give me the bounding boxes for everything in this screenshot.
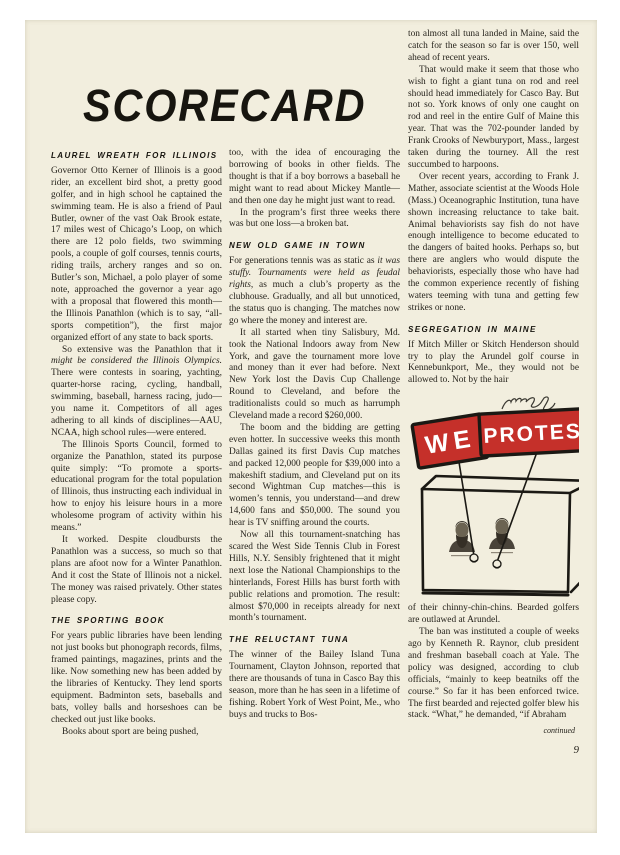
paragraph: That would make it seem that those who w…	[408, 65, 579, 172]
section-heading: THE RELUCTANT TUNA	[229, 634, 400, 646]
text-segment: If Mitch Miller or Skitch Henderson shou…	[408, 340, 579, 386]
page-number: 9	[408, 745, 579, 757]
hand-right-icon	[493, 560, 501, 568]
paragraph: The ban was instituted a couple of weeks…	[408, 627, 579, 722]
page-title: SCORECARD	[83, 80, 366, 132]
paragraph: of their chinny-chin-chins. Bearded golf…	[408, 603, 579, 627]
paragraph: Over recent years, according to Frank J.…	[408, 172, 579, 315]
paragraph: Governor Otto Kerner of Illinois is a go…	[51, 166, 222, 345]
text-segment: Books about sport are being pushed,	[62, 727, 198, 737]
paragraph: The Illinois Sports Council, formed to o…	[51, 440, 222, 535]
section-heading: NEW OLD GAME IN TOWN	[229, 240, 400, 252]
paragraph: It worked. Despite cloudbursts the Panat…	[51, 535, 222, 606]
text-segment: Governor Otto Kerner of Illinois is a go…	[51, 166, 222, 343]
text-segment: Over recent years, according to Frank J.…	[408, 172, 579, 313]
text-segment: In the program’s first three weeks there…	[229, 208, 400, 230]
paragraph: It all started when tiny Salisbury, Md. …	[229, 328, 400, 423]
text-segment: as much a club’s property as the clubhou…	[229, 280, 400, 326]
paragraph: ton almost all tuna landed in Maine, sai…	[408, 29, 579, 65]
hand-left-icon	[470, 554, 478, 562]
paragraph: The boom and the bidding are getting eve…	[229, 423, 400, 530]
column-3: ton almost all tuna landed in Maine, sai…	[408, 29, 579, 825]
magazine-page: SCORECARD LAUREL WREATH FOR ILLINOISGove…	[25, 20, 597, 833]
paragraph: For years public libraries have been len…	[51, 631, 222, 726]
paragraph: too, with the idea of encouraging the bo…	[229, 148, 400, 208]
text-segment: For generations tennis was as static as	[229, 256, 377, 266]
text-segment: The Illinois Sports Council, formed to o…	[51, 440, 222, 533]
text-segment: The ban was instituted a couple of weeks…	[408, 627, 579, 720]
column-3-top: ton almost all tuna landed in Maine, sai…	[408, 29, 579, 387]
paragraph: Books about sport are being pushed,	[51, 727, 222, 739]
picket-stick-right-icon	[497, 452, 537, 562]
paragraph: The winner of the Bailey Island Tuna Tou…	[229, 650, 400, 721]
text-segment: The winner of the Bailey Island Tuna Tou…	[229, 650, 400, 720]
text-segment: It worked. Despite cloudbursts the Panat…	[51, 535, 222, 605]
text-segment: There were contests in soaring, yachting…	[51, 368, 222, 438]
text-segment: too, with the idea of encouraging the bo…	[229, 148, 400, 206]
text-segment: of their chinny-chin-chins. Bearded golf…	[408, 603, 579, 625]
paragraph: In the program’s first three weeks there…	[229, 208, 400, 232]
section-heading: LAUREL WREATH FOR ILLINOIS	[51, 150, 222, 162]
paragraph: If Mitch Miller or Skitch Henderson shou…	[408, 340, 579, 388]
text-segment: ton almost all tuna landed in Maine, sai…	[408, 29, 579, 63]
artist-signature-icon	[502, 397, 555, 410]
text-segment: That would make it seem that those who w…	[408, 65, 579, 170]
column-1: LAUREL WREATH FOR ILLINOISGovernor Otto …	[51, 150, 222, 798]
text-segment: The boom and the bidding are getting eve…	[229, 423, 400, 528]
protest-illustration: WE PROTEST	[410, 394, 579, 599]
section-heading: SEGREGATION IN MAINE	[408, 324, 579, 336]
text-segment: Now all this tournament-snatching has sc…	[229, 530, 400, 623]
protest-sign-label: PROTEST	[483, 419, 579, 448]
we-sign: WE	[412, 414, 488, 468]
text-segment: might be considered the Illinois Olympic…	[51, 356, 222, 366]
paragraph: For generations tennis was as static as …	[229, 256, 400, 327]
paragraph: Now all this tournament-snatching has sc…	[229, 530, 400, 625]
text-segment: It all started when tiny Salisbury, Md. …	[229, 328, 400, 421]
text-segment: For years public libraries have been len…	[51, 631, 222, 724]
protest-cartoon-svg: WE PROTEST	[410, 394, 579, 599]
continued-label: continued	[408, 725, 579, 737]
column-2: too, with the idea of encouraging the bo…	[229, 148, 400, 803]
column-3-bottom: of their chinny-chin-chins. Bearded golf…	[408, 603, 579, 722]
protest-sign: PROTEST	[479, 408, 579, 456]
section-heading: THE SPORTING BOOK	[51, 615, 222, 627]
text-segment: So extensive was the Panathlon that it	[62, 345, 222, 355]
paragraph: So extensive was the Panathlon that it m…	[51, 345, 222, 440]
